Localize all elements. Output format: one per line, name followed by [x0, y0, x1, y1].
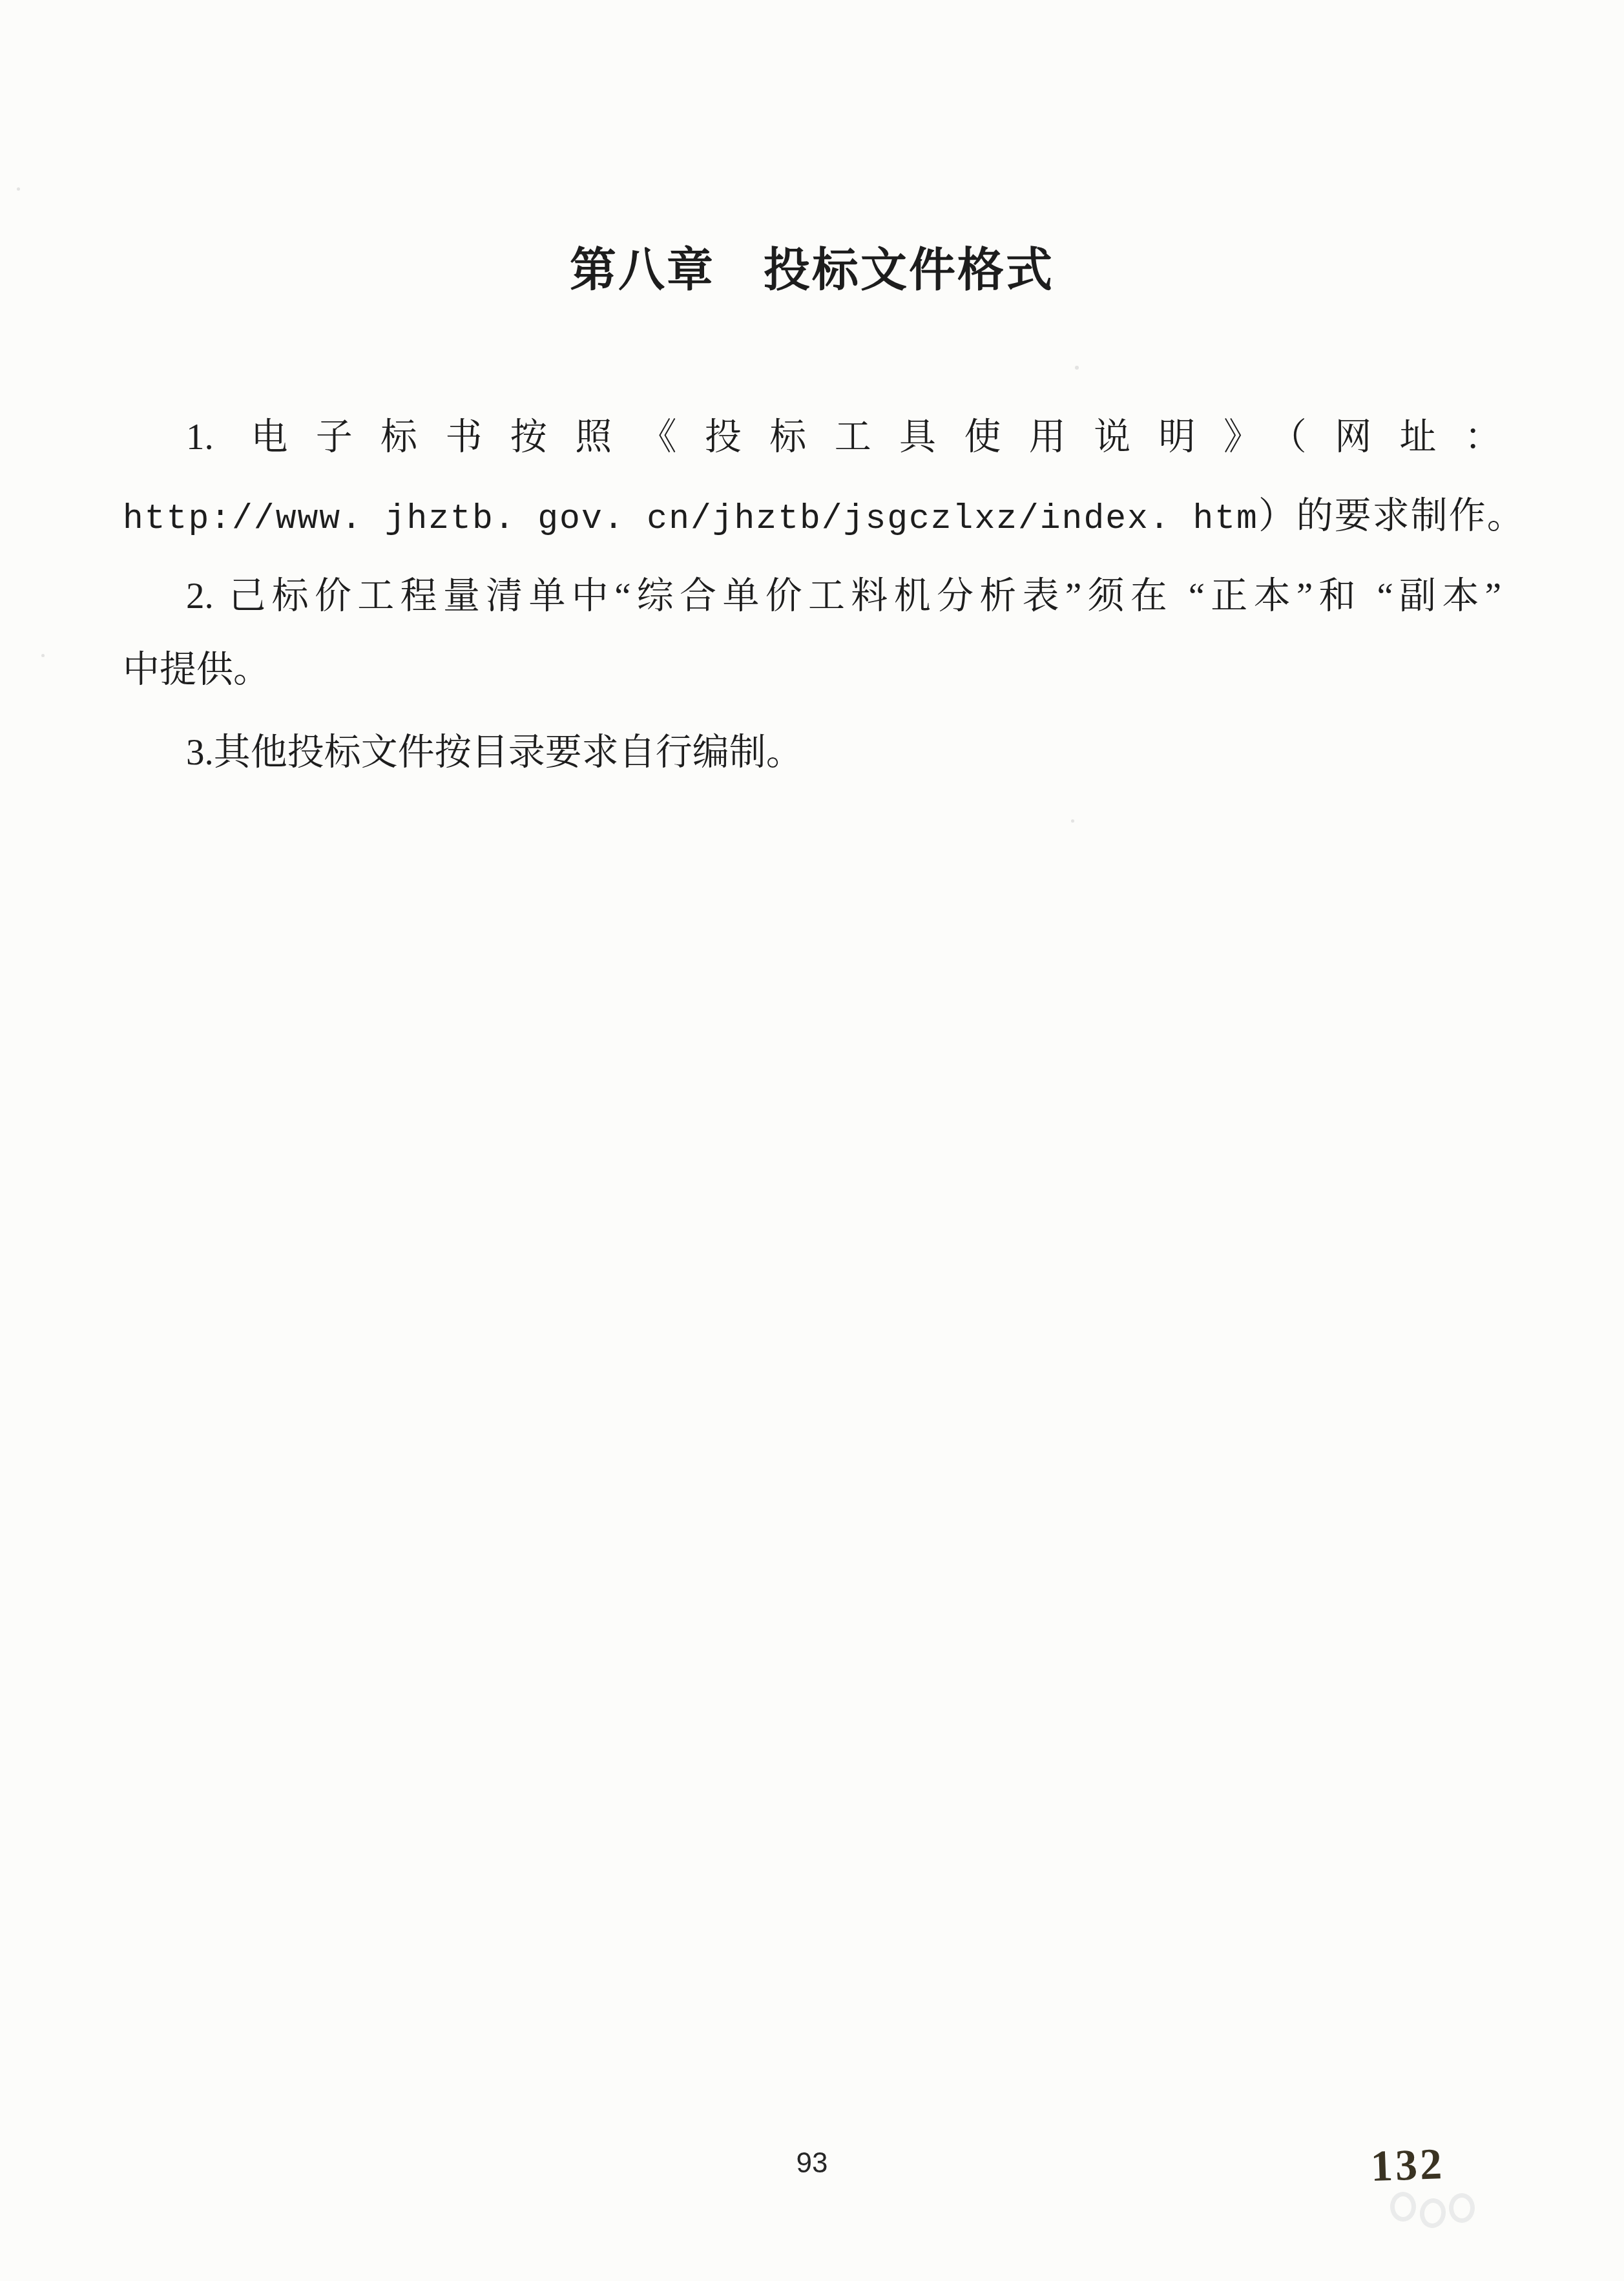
stamped-page-number: 132 [1370, 2141, 1445, 2188]
stamp-ghost-mark [1449, 2193, 1475, 2223]
scan-speckle [1075, 366, 1079, 370]
paragraph-2-line-1: 2. 己标价工程量清单中“综合单价工料机分析表”须在 “正本”和 “副本” [186, 573, 1501, 620]
chapter-title: 第八章 投标文件格式 [0, 247, 1624, 293]
stamp-ghost-mark [1390, 2192, 1416, 2222]
url-suffix-text: ）的要求制作。 [1258, 496, 1525, 536]
stamp-ghost-mark [1418, 2196, 1448, 2229]
paragraph-1-line-2: http://www. jhztb. gov. cn/jhztb/jsgczlx… [123, 492, 1505, 541]
scan-speckle [41, 654, 45, 657]
paragraph-3-line-1: 3.其他投标文件按目录要求自行编制。 [186, 729, 803, 777]
document-page: 第八章 投标文件格式 1. 电子标书按照《投标工具使用说明》（网址： http:… [0, 0, 1624, 2281]
scan-speckle [17, 187, 20, 191]
url-text: http://www. jhztb. gov. cn/jhztb/jsgczlx… [123, 499, 1258, 538]
paragraph-2-line-2: 中提供。 [123, 646, 270, 694]
paragraph-1-line-1: 1. 电子标书按照《投标工具使用说明》（网址： [186, 414, 1501, 461]
scan-speckle [1071, 819, 1074, 823]
